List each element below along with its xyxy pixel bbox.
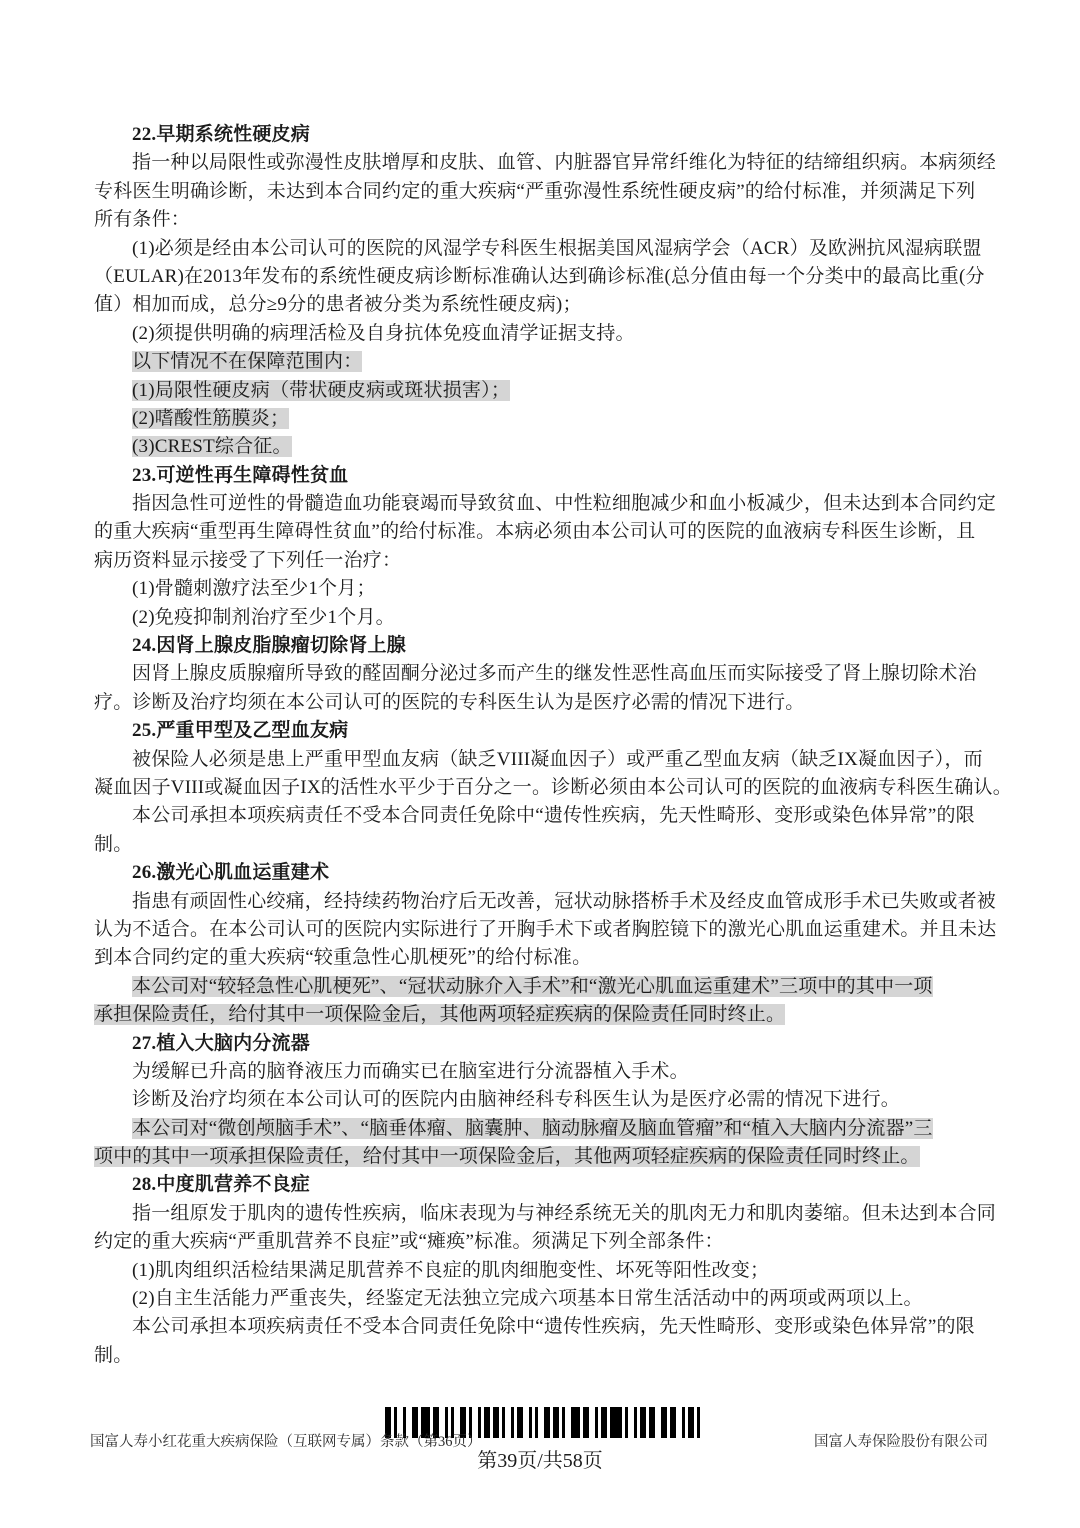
line-text: 24.因肾上腺皮脂腺瘤切除肾上腺: [132, 635, 406, 656]
line-text: (2)免疫抑制剂治疗至少1个月。: [132, 607, 395, 628]
line-text: （EULAR)在2013年发布的系统性硬皮病诊断标准确认达到确诊标准(总分值由每…: [94, 266, 985, 287]
line-text: 指因急性可逆性的骨髓造血功能衰竭而导致贫血、中性粒细胞减少和血小板减少，但未达到…: [132, 493, 996, 514]
line-text: 到本合同约定的重大疾病“较重急性心肌梗死”的给付标准。: [94, 947, 591, 968]
line-text: 指患有顽固性心绞痛，经持续药物治疗后无改善，冠状动脉搭桥手术及经皮血管成形手术已…: [132, 891, 996, 912]
text-line: 指因急性可逆性的骨髓造血功能衰竭而导致贫血、中性粒细胞减少和血小板减少，但未达到…: [94, 490, 990, 518]
text-line: (1)骨髓刺激疗法至少1个月；: [94, 575, 990, 603]
line-text: 28.中度肌营养不良症: [132, 1174, 310, 1195]
line-text: (1)必须是经由本公司认可的医院的风湿学专科医生根据美国风湿病学会（ACR）及欧…: [132, 238, 982, 259]
line-text: 本公司承担本项疾病责任不受本合同责任免除中“遗传性疾病，先天性畸形、变形或染色体…: [132, 805, 975, 826]
text-line: 制。: [94, 831, 990, 859]
line-text: 凝血因子VIII或凝血因子IX的活性水平少于百分之一。诊断必须由本公司认可的医院…: [94, 777, 1012, 798]
highlighted-line-text: (2)嗜酸性筋膜炎；: [132, 408, 289, 429]
text-line: 以下情况不在保障范围内：: [94, 348, 990, 376]
text-line: 本公司承担本项疾病责任不受本合同责任免除中“遗传性疾病，先天性畸形、变形或染色体…: [94, 802, 990, 830]
text-line: 承担保险责任，给付其中一项保险金后，其他两项轻症疾病的保险责任同时终止。: [94, 1001, 990, 1029]
line-text: 27.植入大脑内分流器: [132, 1033, 310, 1054]
line-text: (1)肌肉组织活检结果满足肌营养不良症的肌肉细胞变性、坏死等阳性改变；: [132, 1260, 769, 1281]
highlighted-line-text: (1)局限性硬皮病（带状硬皮病或斑状损害）；: [132, 380, 510, 401]
text-line: 诊断及治疗均须在本公司认可的医院内由脑神经科专科医生认为是医疗必需的情况下进行。: [94, 1086, 990, 1114]
line-text: (2)自主生活能力严重丧失，经鉴定无法独立完成六项基本日常生活活动中的两项或两项…: [132, 1288, 923, 1309]
text-line: 的重大疾病“重型再生障碍性贫血”的给付标准。本病必须由本公司认可的医院的血液病专…: [94, 518, 990, 546]
section-heading: 23.可逆性再生障碍性贫血: [94, 462, 990, 490]
text-line: (1)肌肉组织活检结果满足肌营养不良症的肌肉细胞变性、坏死等阳性改变；: [94, 1257, 990, 1285]
line-text: 制。: [94, 1345, 132, 1366]
text-line: (1)局限性硬皮病（带状硬皮病或斑状损害）；: [94, 377, 990, 405]
section-heading: 22.早期系统性硬皮病: [94, 121, 990, 149]
text-line: 制。: [94, 1342, 990, 1370]
section-heading: 27.植入大脑内分流器: [94, 1030, 990, 1058]
text-line: 病历资料显示接受了下列任一治疗：: [94, 547, 990, 575]
line-text: (1)骨髓刺激疗法至少1个月；: [132, 578, 376, 599]
document-lines: 22.早期系统性硬皮病指一种以局限性或弥漫性皮肤增厚和皮肤、血管、内脏器官异常纤…: [94, 121, 990, 1370]
text-line: 所有条件：: [94, 206, 990, 234]
text-line: 本公司对“较轻急性心肌梗死”、“冠状动脉介入手术”和“激光心肌血运重建术”三项中…: [94, 973, 990, 1001]
line-text: 诊断及治疗均须在本公司认可的医院内由脑神经科专科医生认为是医疗必需的情况下进行。: [132, 1089, 900, 1110]
text-line: (2)嗜酸性筋膜炎；: [94, 405, 990, 433]
line-text: 本公司承担本项疾病责任不受本合同责任免除中“遗传性疾病，先天性畸形、变形或染色体…: [132, 1316, 975, 1337]
highlighted-line-text: 承担保险责任，给付其中一项保险金后，其他两项轻症疾病的保险责任同时终止。: [94, 1004, 785, 1025]
text-line: 到本合同约定的重大疾病“较重急性心肌梗死”的给付标准。: [94, 944, 990, 972]
line-text: 23.可逆性再生障碍性贫血: [132, 465, 348, 486]
text-line: 被保险人必须是患上严重甲型血友病（缺乏VIII凝血因子）或严重乙型血友病（缺乏I…: [94, 746, 990, 774]
text-line: 凝血因子VIII或凝血因子IX的活性水平少于百分之一。诊断必须由本公司认可的医院…: [94, 774, 990, 802]
line-text: 约定的重大疾病“严重肌营养不良症”或“瘫痪”标准。须满足下列全部条件：: [94, 1231, 724, 1252]
text-line: 本公司对“微创颅脑手术”、“脑垂体瘤、脑囊肿、脑动脉瘤及脑血管瘤”和“植入大脑内…: [94, 1115, 990, 1143]
highlighted-line-text: (3)CREST综合征。: [132, 436, 292, 457]
line-text: 制。: [94, 834, 132, 855]
text-line: 指一组原发于肌肉的遗传性疾病，临床表现为与神经系统无关的肌肉无力和肌肉萎缩。但未…: [94, 1200, 990, 1228]
line-text: 疗。诊断及治疗均须在本公司认可的医院的专科医生认为是医疗必需的情况下进行。: [94, 692, 804, 713]
page-number-indicator: 第39页/共58页: [0, 1444, 1080, 1473]
line-text: 26.激光心肌血运重建术: [132, 862, 329, 883]
highlighted-line-text: 以下情况不在保障范围内：: [132, 351, 362, 372]
text-line: (2)免疫抑制剂治疗至少1个月。: [94, 604, 990, 632]
text-line: (2)自主生活能力严重丧失，经鉴定无法独立完成六项基本日常生活活动中的两项或两项…: [94, 1285, 990, 1313]
text-line: 疗。诊断及治疗均须在本公司认可的医院的专科医生认为是医疗必需的情况下进行。: [94, 689, 990, 717]
line-text: 值）相加而成，总分≥9分的患者被分类为系统性硬皮病)；: [94, 294, 582, 315]
line-text: 病历资料显示接受了下列任一治疗：: [94, 550, 401, 571]
text-line: 本公司承担本项疾病责任不受本合同责任免除中“遗传性疾病，先天性畸形、变形或染色体…: [94, 1313, 990, 1341]
line-text: 指一组原发于肌肉的遗传性疾病，临床表现为与神经系统无关的肌肉无力和肌肉萎缩。但未…: [132, 1203, 996, 1224]
section-heading: 24.因肾上腺皮脂腺瘤切除肾上腺: [94, 632, 990, 660]
text-line: 约定的重大疾病“严重肌营养不良症”或“瘫痪”标准。须满足下列全部条件：: [94, 1228, 990, 1256]
line-text: (2)须提供明确的病理活检及自身抗体免疫血清学证据支持。: [132, 323, 635, 344]
text-line: 指一种以局限性或弥漫性皮肤增厚和皮肤、血管、内脏器官异常纤维化为特征的结缔组织病…: [94, 149, 990, 177]
section-heading: 28.中度肌营养不良症: [94, 1171, 990, 1199]
text-line: 指患有顽固性心绞痛，经持续药物治疗后无改善，冠状动脉搭桥手术及经皮血管成形手术已…: [94, 888, 990, 916]
text-line: (3)CREST综合征。: [94, 433, 990, 461]
section-heading: 26.激光心肌血运重建术: [94, 859, 990, 887]
highlighted-line-text: 项中的其中一项承担保险责任，给付其中一项保险金后，其他两项轻症疾病的保险责任同时…: [94, 1146, 920, 1167]
text-line: （EULAR)在2013年发布的系统性硬皮病诊断标准确认达到确诊标准(总分值由每…: [94, 263, 990, 291]
barcode-bar: [697, 1407, 700, 1438]
text-line: 专科医生明确诊断，未达到本合同约定的重大疾病“严重弥漫性系统性硬皮病”的给付标准…: [94, 178, 990, 206]
line-text: 专科医生明确诊断，未达到本合同约定的重大疾病“严重弥漫性系统性硬皮病”的给付标准…: [94, 181, 975, 202]
line-text: 为缓解已升高的脑脊液压力而确实已在脑室进行分流器植入手术。: [132, 1061, 689, 1082]
line-text: 因肾上腺皮质腺瘤所导致的醛固酮分泌过多而产生的继发性恶性高血压而实际接受了肾上腺…: [132, 663, 977, 684]
text-line: (2)须提供明确的病理活检及自身抗体免疫血清学证据支持。: [94, 320, 990, 348]
section-heading: 25.严重甲型及乙型血友病: [94, 717, 990, 745]
line-text: 指一种以局限性或弥漫性皮肤增厚和皮肤、血管、内脏器官异常纤维化为特征的结缔组织病…: [132, 152, 996, 173]
text-line: 值）相加而成，总分≥9分的患者被分类为系统性硬皮病)；: [94, 291, 990, 319]
highlighted-line-text: 本公司对“微创颅脑手术”、“脑垂体瘤、脑囊肿、脑动脉瘤及脑血管瘤”和“植入大脑内…: [132, 1118, 933, 1139]
document-page: 22.早期系统性硬皮病指一种以局限性或弥漫性皮肤增厚和皮肤、血管、内脏器官异常纤…: [0, 0, 1080, 1528]
line-text: 所有条件：: [94, 209, 190, 230]
text-line: 认为不适合。在本公司认可的医院内实际进行了开胸手术下或者胸腔镜下的激光心肌血运重…: [94, 916, 990, 944]
line-text: 认为不适合。在本公司认可的医院内实际进行了开胸手术下或者胸腔镜下的激光心肌血运重…: [94, 919, 996, 940]
line-text: 25.严重甲型及乙型血友病: [132, 720, 348, 741]
line-text: 22.早期系统性硬皮病: [132, 124, 310, 145]
text-line: 为缓解已升高的脑脊液压力而确实已在脑室进行分流器植入手术。: [94, 1058, 990, 1086]
text-line: 因肾上腺皮质腺瘤所导致的醛固酮分泌过多而产生的继发性恶性高血压而实际接受了肾上腺…: [94, 660, 990, 688]
text-line: 项中的其中一项承担保险责任，给付其中一项保险金后，其他两项轻症疾病的保险责任同时…: [94, 1143, 990, 1171]
highlighted-line-text: 本公司对“较轻急性心肌梗死”、“冠状动脉介入手术”和“激光心肌血运重建术”三项中…: [132, 976, 933, 997]
line-text: 的重大疾病“重型再生障碍性贫血”的给付标准。本病必须由本公司认可的医院的血液病专…: [94, 521, 975, 542]
line-text: 被保险人必须是患上严重甲型血友病（缺乏VIII凝血因子）或严重乙型血友病（缺乏I…: [132, 749, 983, 770]
text-line: (1)必须是经由本公司认可的医院的风湿学专科医生根据美国风湿病学会（ACR）及欧…: [94, 235, 990, 263]
